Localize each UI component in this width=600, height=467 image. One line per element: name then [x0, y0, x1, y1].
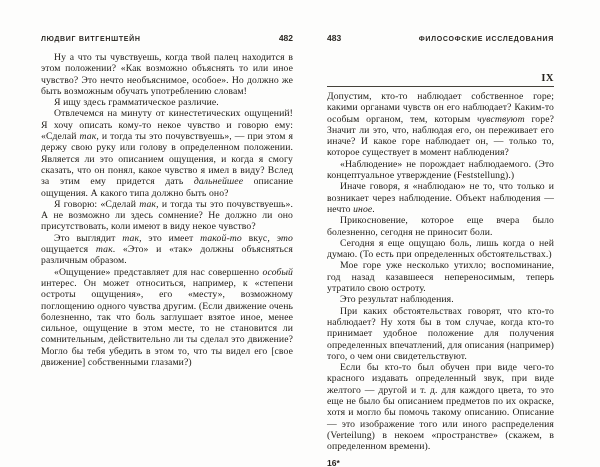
page-left: ЛЮДВИГ ВИТГЕНШТЕЙН 482 Ну а что ты чувст… [41, 33, 293, 368]
signature-mark: 16* [327, 458, 554, 467]
section-label: IX [327, 74, 554, 84]
emphasized-text: иное [353, 204, 372, 215]
text-run: Ну а что ты чувствуешь, когда твой палец… [41, 52, 293, 97]
paragraph: При каких обстоятельствах говорят, что к… [327, 306, 554, 362]
paragraph: Ну а что ты чувствуешь, когда твой палец… [41, 52, 293, 97]
paragraph: Я ищу здесь грамматическое различие. [41, 97, 293, 108]
text-run: Мое горе уже несколько утихло; воспомина… [327, 260, 554, 294]
paragraph: Мое горе уже несколько утихло; воспомина… [327, 260, 554, 294]
emphasized-text: дальнейшее [194, 176, 243, 187]
text-run: Это выглядит [54, 233, 122, 244]
paragraph: Я говорю: «Сделай так, и тогда ты это по… [41, 199, 293, 233]
running-title-author: ЛЮДВИГ ВИТГЕНШТЕЙН [41, 36, 141, 43]
text-run: Если бы кто-то был обучен при виде чего-… [327, 362, 554, 452]
emphasized-text: такой-то [200, 233, 242, 244]
page-header-right: 483 ФИЛОСОФСКИЕ ИССЛЕДОВАНИЯ [327, 33, 554, 43]
page-number-left: 482 [279, 33, 293, 43]
text-run: . [372, 204, 375, 215]
section-rule [327, 86, 554, 87]
paragraph: Прикосновение, которое еще вчера было бо… [327, 215, 554, 238]
book-spread: ЛЮДВИГ ВИТГЕНШТЕЙН 482 Ну а что ты чувст… [0, 0, 600, 467]
text-run: «Наблюдение» не порождает наблюдаемого. … [327, 159, 554, 181]
paragraph: Это результат наблюдения. [327, 294, 554, 305]
emphasized-text: так [139, 199, 156, 210]
text-run: Сегодня я еще ощущаю боль, лишь когда о … [327, 238, 554, 260]
page-right: 483 ФИЛОСОФСКИЕ ИССЛЕДОВАНИЯ IX Допустим… [327, 33, 554, 467]
text-run: Я говорю: «Сделай [54, 199, 139, 210]
page-body-left: Ну а что ты чувствуешь, когда твой палец… [41, 52, 293, 368]
paragraph: «Ощущение» представляет для нас совершен… [41, 267, 293, 369]
text-run: , это имеет [139, 233, 200, 244]
text-run: ощущается [41, 244, 96, 255]
page-body-right: Допустим, кто-то наблюдает собственное г… [327, 91, 554, 453]
text-run: Прикосновение, которое еще вчера было бо… [327, 215, 554, 237]
text-run: Я ищу здесь грамматическое различие. [54, 97, 219, 108]
page-number-right: 483 [327, 33, 341, 43]
emphasized-text: так [96, 244, 113, 255]
paragraph: Сегодня я еще ощущаю боль, лишь когда о … [327, 238, 554, 261]
text-run: интерес. Он может относиться, например, … [41, 278, 293, 368]
paragraph: «Наблюдение» не порождает наблюдаемого. … [327, 159, 554, 182]
page-header-left: ЛЮДВИГ ВИТГЕНШТЕЙН 482 [41, 33, 293, 43]
paragraph: Это выглядит так, это имеет такой-то вку… [41, 233, 293, 267]
running-title-book: ФИЛОСОФСКИЕ ИССЛЕДОВАНИЯ [419, 36, 554, 43]
emphasized-text: так [80, 131, 97, 142]
text-run: При каких обстоятельствах говорят, что к… [327, 306, 554, 362]
paragraph: Если бы кто-то был обучен при виде чего-… [327, 362, 554, 452]
emphasized-text: особый [263, 267, 294, 278]
text-run: вкус, [242, 233, 277, 244]
emphasized-text: так [122, 233, 139, 244]
emphasized-text: это [277, 233, 293, 244]
text-run: «Ощущение» представляет для нас совершен… [54, 267, 263, 278]
emphasized-text: чувствуют [477, 114, 525, 125]
paragraph: Отвлечемся на минуту от кинестетических … [41, 108, 293, 198]
paragraph: Иначе говоря, я «наблюдаю» не то, что то… [327, 181, 554, 215]
paragraph: Допустим, кто-то наблюдает собственное г… [327, 91, 554, 159]
text-run: Это результат наблюдения. [340, 294, 454, 305]
